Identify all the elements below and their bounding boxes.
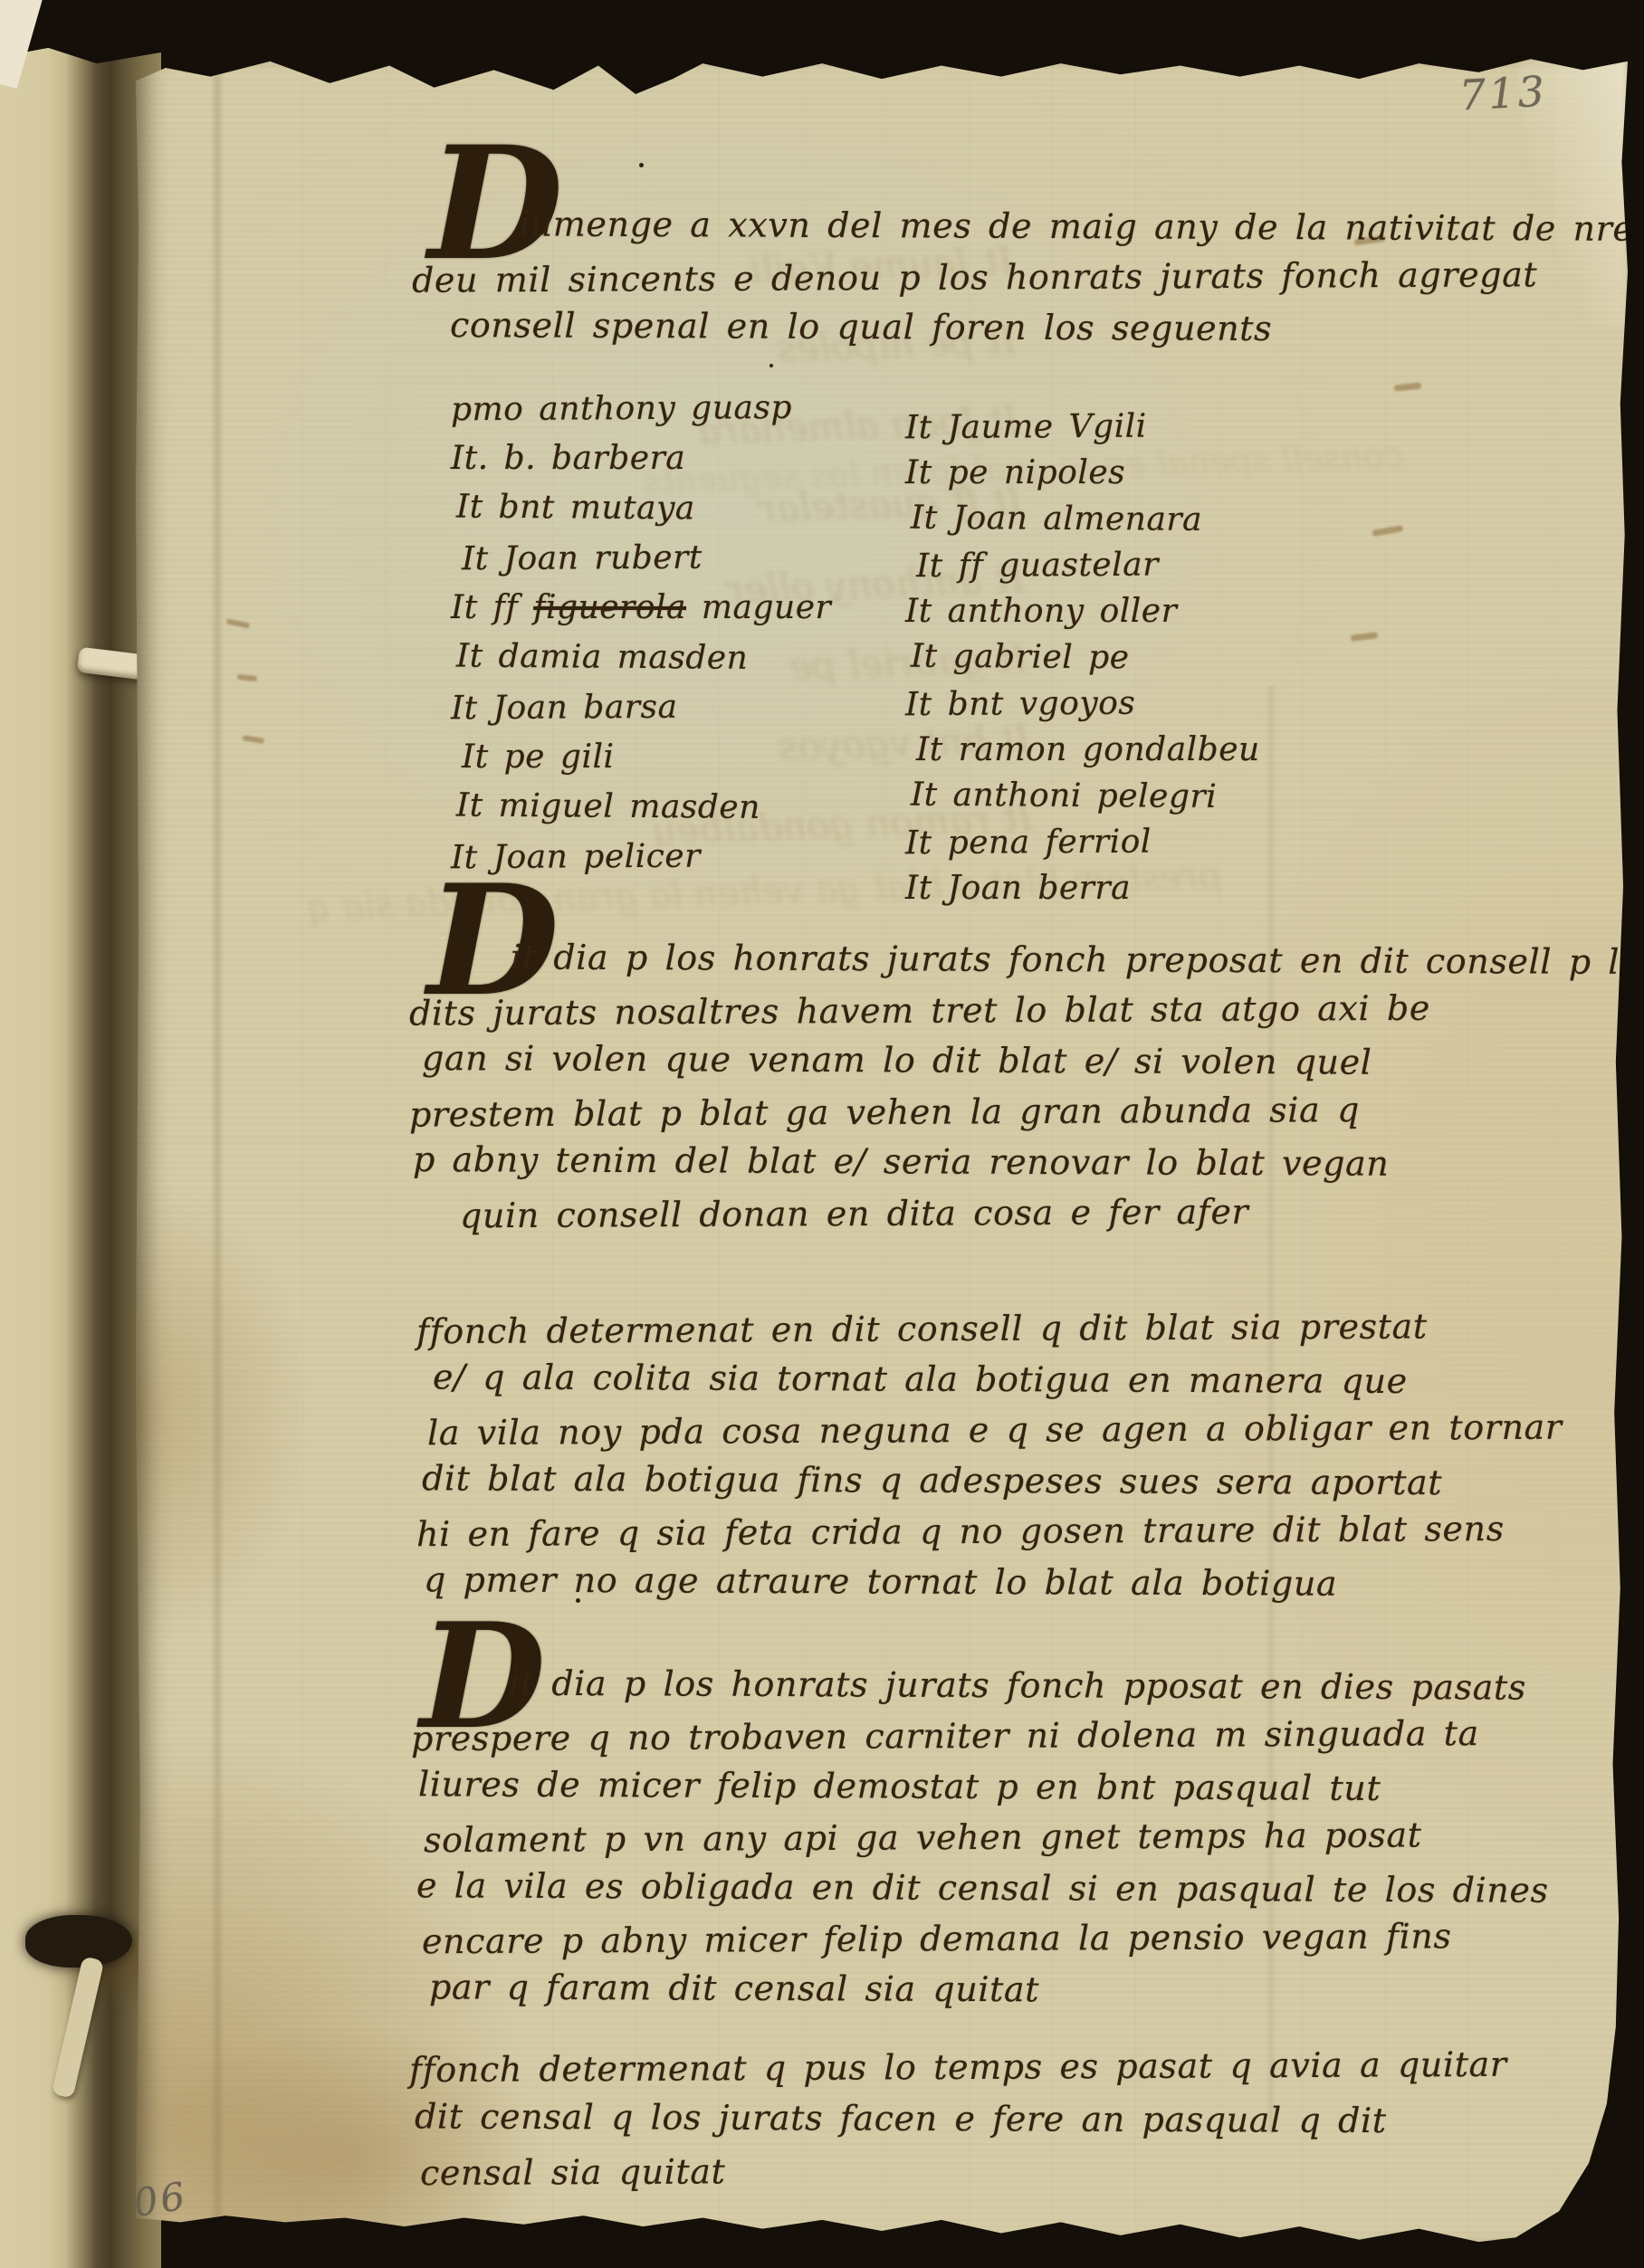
attendee-item: It Joan almenara: [911, 495, 1260, 544]
manuscript-line: it dia p los honrats jurats fonch pposat…: [409, 1657, 1549, 1712]
attendee-item: It Joan barsa: [451, 681, 832, 734]
manuscript-line: prestem blat p blat ga vehen la gran abu…: [409, 1082, 1644, 1139]
attendee-item: It ff guastelar: [916, 541, 1260, 589]
manuscript-line: dit blat ala botigua fins q adespeses su…: [409, 1453, 1563, 1509]
manuscript-line: dits jurats nosaltres havem tret lo blat…: [409, 981, 1644, 1038]
manuscript-line: e la vila es obligada en dit censal si e…: [409, 1860, 1549, 1915]
struck-name: figuerola: [533, 589, 686, 626]
attendee-item: It anthony oller: [905, 588, 1260, 634]
attendee-column-right: It Jaume Vgili It pe nipoles It Joan alm…: [905, 404, 1260, 911]
attendee-item: It miguel masden: [456, 781, 832, 834]
manuscript-line: solament p vn any api ga vehen gnet temp…: [409, 1809, 1549, 1866]
record-paragraph-1: D it dia p los honrats jurats fonch prep…: [409, 934, 1644, 1238]
manuscript-line: censal sia quitat: [409, 2142, 1507, 2199]
manuscript-line: iumenge a xxvn del mes de maig any de la…: [412, 198, 1644, 254]
manuscript-line: consell spenal en lo qual foren los segu…: [412, 300, 1644, 356]
attendee-name-part: It ff: [451, 589, 533, 626]
record-paragraph-4: ffonch determenat q pus lo temps es pasa…: [409, 2042, 1507, 2197]
margin-mark: [226, 618, 251, 628]
attendee-item: It. b. barbera: [451, 434, 831, 483]
ink-speck: [769, 364, 773, 367]
margin-mark: [1372, 525, 1404, 537]
manuscript-line: it dia p los honrats jurats fonch prepos…: [409, 931, 1644, 987]
manuscript-line: par q faram dit censal sia quitat: [409, 1961, 1549, 2016]
margin-mark: [1351, 632, 1379, 642]
margin-mark: [237, 674, 258, 681]
record-paragraph-3: D it dia p los honrats jurats fonch ppos…: [409, 1660, 1549, 2015]
manuscript-line: p abny tenim del blat e/ seria renovar l…: [409, 1134, 1644, 1190]
attendee-item: pmo anthony guasp: [451, 383, 832, 435]
manuscript-line: encare p abny micer felip demana la pens…: [409, 1911, 1549, 1968]
folio-number-top: 713: [1458, 67, 1549, 120]
attendee-item: It Jaume Vgili: [905, 403, 1260, 451]
attendee-item: It Joan rubert: [462, 532, 832, 584]
attendee-item: It pe gili: [462, 732, 831, 782]
manuscript-line: dit censal q los jurats facen e fere an …: [409, 2091, 1507, 2147]
attendee-item: It pe nipoles: [905, 450, 1260, 496]
attendee-item: It damia masden: [456, 632, 832, 684]
margin-mark: [243, 735, 265, 744]
attendee-item-struck: It ff figuerola maguer: [451, 583, 831, 633]
manuscript-line: gan si volen que venam lo dit blat e/ si…: [409, 1033, 1644, 1089]
manuscript-line: ffonch determenat q pus lo temps es pasa…: [409, 2039, 1507, 2096]
manuscript-line: quin consell donan en dita cosa e fer af…: [409, 1184, 1644, 1241]
attendee-item: It gabriel pe: [911, 634, 1260, 682]
attendee-item: It bnt mutaya: [456, 482, 832, 535]
manuscript-line: la vila noy pda cosa neguna e q se agen …: [409, 1402, 1563, 1459]
record-paragraph-2: ffonch determenat en dit consell q dit b…: [409, 1303, 1563, 1607]
attendee-name-part: maguer: [686, 589, 831, 626]
manuscript-page: It Jaume Vgili It pe nipoles It Joan alm…: [136, 52, 1628, 2246]
attendee-item: It bnt vgoyos: [905, 680, 1260, 728]
attendee-item: It Joan berra: [905, 865, 1260, 911]
manuscript-line: ffonch determenat en dit consell q dit b…: [409, 1301, 1563, 1358]
manuscript-line: liures de micer felip demostat p en bnt …: [409, 1758, 1549, 1814]
manuscript-line: prespere q no trobaven carniter ni dolen…: [409, 1708, 1549, 1765]
manuscript-line: e/ q ala colita sia tornat ala botigua e…: [409, 1351, 1563, 1407]
ink-speck: [639, 163, 644, 167]
margin-mark: [1394, 382, 1422, 391]
manuscript-line: hi en fare q sia feta crida q no gosen t…: [409, 1503, 1563, 1560]
gutter-crease: [210, 52, 225, 2246]
attendee-item: It ramon gondalbeu: [916, 727, 1260, 773]
attendee-column-left: pmo anthony guasp It. b. barbera It bnt …: [451, 384, 831, 881]
heading-paragraph: D iumenge a xxvn del mes de maig any de …: [412, 201, 1644, 353]
attendee-item: It anthoni pelegri: [911, 772, 1260, 821]
attendee-item: It pena ferriol: [905, 818, 1260, 866]
scanned-manuscript: { "document": { "type": "bound manuscrip…: [0, 0, 1644, 2268]
manuscript-line: q pmer no age atraure tornat lo blat ala…: [409, 1554, 1563, 1610]
manuscript-line: deu mil sincents e denou p los honrats j…: [412, 248, 1644, 305]
